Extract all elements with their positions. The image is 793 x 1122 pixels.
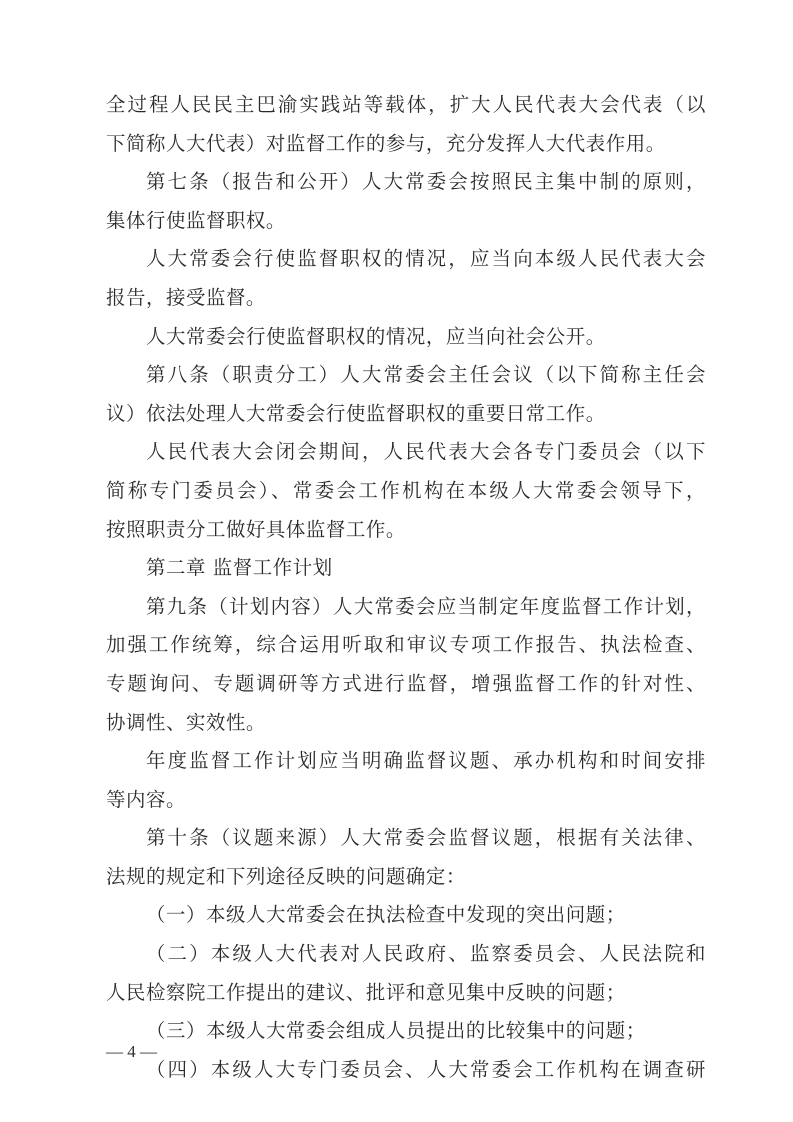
text-line: 报告，接受监督。 [106, 279, 706, 318]
text-line: 第七条（报告和公开）人大常委会按照民主集中制的原则， [106, 163, 706, 202]
text-line: 协调性、实效性。 [106, 704, 706, 743]
page-number: — 4 — [106, 1042, 157, 1062]
list-item: （一）本级人大常委会在执法检查中发现的突出问题； [106, 896, 706, 935]
text-line: 专题询问、专题调研等方式进行监督，增强监督工作的针对性、 [106, 665, 706, 704]
text-line: 法规的规定和下列途径反映的问题确定： [106, 858, 706, 897]
text-line: 第十条（议题来源）人大常委会监督议题，根据有关法律、 [106, 819, 706, 858]
text-line: 人大常委会行使监督职权的情况，应当向社会公开。 [106, 318, 706, 357]
text-line: 人民代表大会闭会期间，人民代表大会各专门委员会（以下 [106, 433, 706, 472]
chapter-heading: 第二章 监督工作计划 [106, 549, 706, 588]
text-line: 人民检察院工作提出的建议、批评和意见集中反映的问题； [106, 974, 706, 1013]
text-line: 集体行使监督职权。 [106, 202, 706, 241]
text-line: 第八条（职责分工）人大常委会主任会议（以下简称主任会 [106, 356, 706, 395]
list-item: （四）本级人大专门委员会、人大常委会工作机构在调查研 [106, 1051, 706, 1090]
text-line: 议）依法处理人大常委会行使监督职权的重要日常工作。 [106, 395, 706, 434]
text-line: 等内容。 [106, 781, 706, 820]
text-line: 下简称人大代表）对监督工作的参与，充分发挥人大代表作用。 [106, 125, 706, 164]
text-line: 全过程人民民主巴渝实践站等载体，扩大人民代表大会代表（以 [106, 86, 706, 125]
list-item: （二）本级人大代表对人民政府、监察委员会、人民法院和 [106, 935, 706, 974]
list-item: （三）本级人大常委会组成人员提出的比较集中的问题； [106, 1012, 706, 1051]
text-line: 人大常委会行使监督职权的情况，应当向本级人民代表大会 [106, 240, 706, 279]
document-page: 全过程人民民主巴渝实践站等载体，扩大人民代表大会代表（以 下简称人大代表）对监督… [0, 0, 793, 1122]
text-line: 简称专门委员会）、常委会工作机构在本级人大常委会领导下， [106, 472, 706, 511]
text-line: 第九条（计划内容）人大常委会应当制定年度监督工作计划， [106, 588, 706, 627]
text-line: 加强工作统筹，综合运用听取和审议专项工作报告、执法检查、 [106, 626, 706, 665]
text-line: 年度监督工作计划应当明确监督议题、承办机构和时间安排 [106, 742, 706, 781]
text-line: 按照职责分工做好具体监督工作。 [106, 511, 706, 550]
document-body: 全过程人民民主巴渝实践站等载体，扩大人民代表大会代表（以 下简称人大代表）对监督… [106, 86, 706, 1089]
